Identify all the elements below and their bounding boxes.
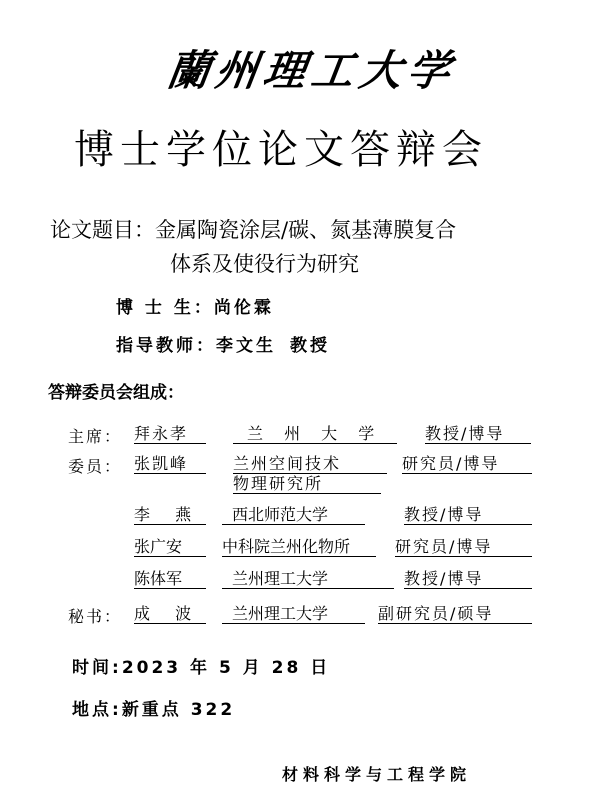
candidate-name: 尚伦霖	[214, 298, 274, 318]
committee-member-title: 研究员/博导	[402, 454, 532, 474]
university-logo: 蘭州理工大学	[164, 38, 460, 98]
committee-member-title: 副研究员/硕导	[378, 604, 532, 624]
committee-heading: 答辩委员会组成：	[48, 378, 184, 403]
time-label: 时间:	[72, 658, 122, 678]
committee-member-name: 拜永孝	[134, 424, 206, 444]
supervisor-row: 指导教师：李文生教授	[116, 331, 330, 356]
page-title: 博士学位论文答辩会	[74, 118, 488, 175]
committee-member-name: 张广安	[134, 537, 206, 557]
committee-member-title: 教授/博导	[425, 424, 531, 444]
committee-member-name: 李 燕	[134, 505, 206, 525]
place-row: 地点:新重点 322	[72, 695, 235, 720]
school-name: 材料科学与工程学院	[282, 762, 471, 785]
committee-member-title: 研究员/博导	[395, 537, 532, 557]
committee-member-name: 陈体军	[134, 569, 206, 589]
time-value: 2023 年 5 月 28 日	[122, 658, 330, 678]
committee-member-affiliation: 兰州理工大学	[222, 604, 365, 624]
committee-role: 委员：	[68, 454, 122, 477]
supervisor-title: 教授	[290, 336, 330, 356]
committee-member-affiliation-line2: 物理研究所	[233, 474, 381, 494]
supervisor-label: 指导教师：	[116, 336, 216, 356]
place-value: 新重点 322	[122, 700, 235, 720]
thesis-title-line1: 金属陶瓷涂层/碳、氮基薄膜复合	[155, 218, 456, 242]
committee-role: 秘书：	[68, 604, 122, 627]
committee-member-affiliation: 西北师范大学	[222, 505, 365, 525]
thesis-label: 论文题目：	[50, 218, 155, 242]
committee-member-affiliation: 兰州理工大学	[222, 569, 394, 589]
supervisor-name: 李文生	[216, 336, 276, 356]
committee-member-name: 张凯峰	[134, 454, 206, 474]
thesis-title-line2: 体系及使役行为研究	[170, 248, 359, 278]
committee-member-title: 教授/博导	[404, 505, 532, 525]
committee-member-name: 成 波	[134, 604, 206, 624]
committee-role: 主席：	[68, 424, 122, 447]
time-row: 时间:2023 年 5 月 28 日	[72, 653, 330, 678]
committee-member-title: 教授/博导	[404, 569, 532, 589]
committee-member-affiliation: 中科院兰州化物所	[222, 537, 376, 557]
place-label: 地点:	[72, 700, 122, 720]
candidate-label: 博 士 生：	[116, 298, 214, 318]
committee-member-affiliation: 兰 州 大 学	[233, 424, 397, 444]
candidate-row: 博 士 生：尚伦霖	[116, 293, 274, 318]
committee-member-affiliation: 兰州空间技术	[233, 454, 387, 474]
thesis-title-row: 论文题目：金属陶瓷涂层/碳、氮基薄膜复合	[50, 214, 456, 244]
